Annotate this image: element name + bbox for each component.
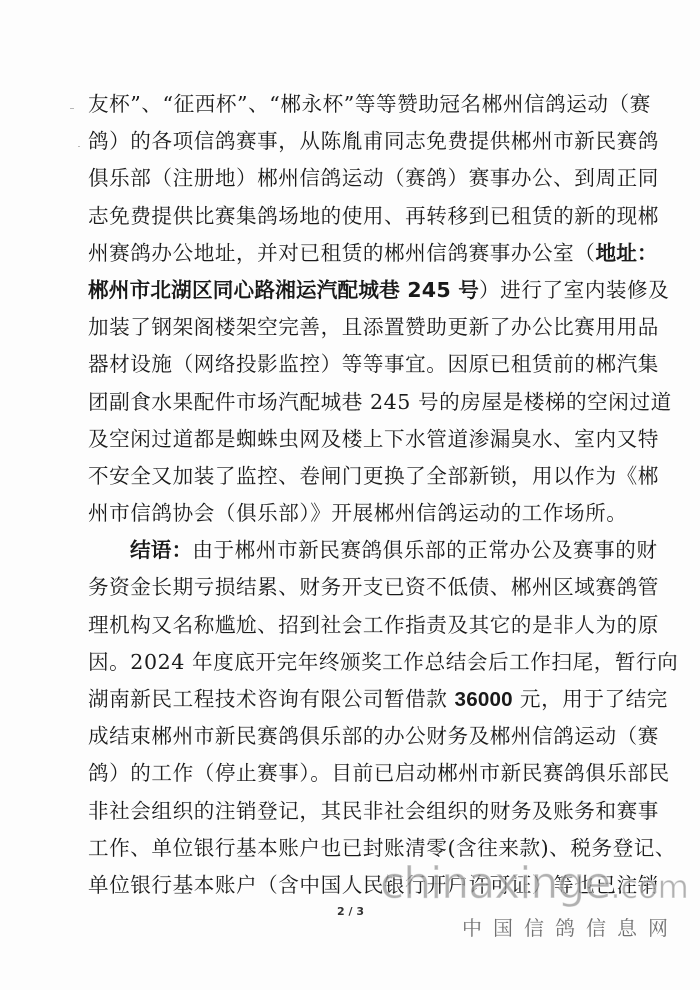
text-segment: 由于郴州市新民赛鸽俱乐部的正常办公及赛事的财 — [192, 538, 657, 562]
text-line: 器材设施（网络投影监控）等等事宜。因原已租赁前的郴汽集 — [88, 346, 616, 383]
address-label: 地址： — [595, 241, 657, 265]
text-line: 友杯”、“征西杯”、“郴永杯”等等赞助冠名郴州信鸽运动（赛 — [88, 86, 616, 123]
watermark-domain-main: chinaxinge — [380, 858, 610, 909]
address-value: 郴州市北湖区同心路湘运汽配城巷 245 号 — [88, 278, 479, 302]
page-number: 2 / 3 — [337, 905, 364, 918]
text-segment: 元，用于了结完 — [513, 687, 668, 711]
watermark-domain: chinaxinge.com — [380, 858, 689, 909]
watermark-domain-suffix: .com — [610, 868, 689, 906]
text-line: 志免费提供比赛集鸽场地的使用、再转移到已租赁的新的现郴 — [88, 198, 616, 235]
text-line: 务资金长期亏损结累、财务开支已资不低债、郴州区域赛鸽管 — [88, 569, 616, 606]
conclusion-line: 结语：由于郴州市新民赛鸽俱乐部的正常办公及赛事的财 — [88, 532, 616, 569]
text-line: 理机构又名称尴尬、招到社会工作指责及其它的是非人为的原 — [88, 607, 616, 644]
scan-artifact — [70, 108, 74, 109]
text-line: 鸽）的工作（停止赛事）。目前已启动郴州市新民赛鸽俱乐部民 — [88, 755, 616, 792]
text-line: 成结束郴州市新民赛鸽俱乐部的办公财务及郴州信鸽运动（赛 — [88, 718, 616, 755]
watermark-site-name: 中国信鸽信息网 — [462, 912, 679, 941]
text-segment: ）进行了室内装修及 — [479, 278, 669, 302]
text-line: 郴州市北湖区同心路湘运汽配城巷 245 号）进行了室内装修及 — [88, 272, 616, 309]
text-line: 不安全又加装了监控、卷闸门更换了全部新锁，用以作为《郴 — [88, 458, 616, 495]
loan-amount: 36000 — [455, 688, 513, 711]
text-line: 非社会组织的注销登记，其民非社会组织的财务及账务和赛事 — [88, 793, 616, 830]
text-line: 州市信鸽协会（俱乐部）》开展郴州信鸽运动的工作场所。 — [88, 495, 616, 532]
text-line: 团副食水果配件市场汽配城巷 245 号的房屋是楼梯的空闲过道 — [88, 384, 616, 421]
text-line: 鸽）的各项信鸽赛事，从陈胤甫同志免费提供郴州市新民赛鸽 — [88, 123, 616, 160]
text-line: 因。2024 年度底开完年终颁奖工作总结会后工作扫尾，暂行向 — [88, 644, 616, 681]
text-segment: 湖南新民工程技术咨询有限公司暂借款 — [88, 687, 455, 711]
scan-artifact — [78, 146, 80, 147]
document-body: 友杯”、“征西杯”、“郴永杯”等等赞助冠名郴州信鸽运动（赛 鸽）的各项信鸽赛事，… — [88, 86, 616, 904]
text-line: 加装了钢架阁楼架空完善，且添置赞助更新了办公比赛用用品 — [88, 309, 616, 346]
text-segment: 州赛鸽办公地址，并对已租赁的郴州信鸽赛事办公室（ — [88, 241, 595, 265]
text-line: 湖南新民工程技术咨询有限公司暂借款 36000 元，用于了结完 — [88, 681, 616, 718]
document-page: 友杯”、“征西杯”、“郴永杯”等等赞助冠名郴州信鸽运动（赛 鸽）的各项信鸽赛事，… — [0, 0, 700, 990]
text-line: 俱乐部（注册地）郴州信鸽运动（赛鸽）赛事办公、到周正同 — [88, 160, 616, 197]
text-line: 及空闲过道都是蜘蛛虫网及楼上下水管道渗漏臭水、室内又特 — [88, 421, 616, 458]
text-line: 州赛鸽办公地址，并对已租赁的郴州信鸽赛事办公室（地址： — [88, 235, 616, 272]
conclusion-heading: 结语： — [130, 538, 192, 562]
